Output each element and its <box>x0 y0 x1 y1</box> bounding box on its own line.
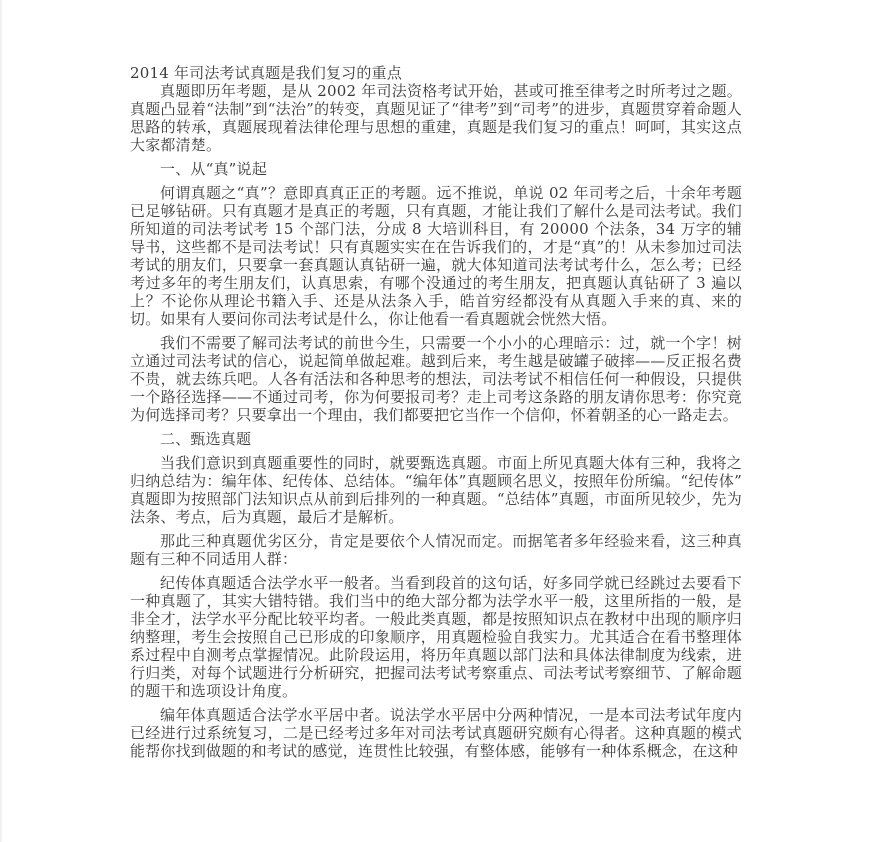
paragraph: 那此三种真题优劣区分，肯定是要依个人情况而定。而据笔者多年经验来看，这三种真题有… <box>130 532 742 568</box>
section-heading-1: 一、从“真”说起 <box>130 160 742 178</box>
scan-edge-shadow <box>0 0 3 842</box>
document-page: 2014 年司法考试真题是我们复习的重点 真题即历年考题，是从 2002 年司法… <box>0 0 870 842</box>
paragraph: 纪传体真题适合法学水平一般者。当看到段首的这句话，好多同学就已经跳过去要看下一种… <box>130 574 742 700</box>
paragraph: 何谓真题之“真”？意即真真正正的考题。远不推说，单说 02 年司考之后，十余年考… <box>130 184 742 328</box>
document-body: 2014 年司法考试真题是我们复习的重点 真题即历年考题，是从 2002 年司法… <box>130 64 742 760</box>
paragraph: 我们不需要了解司法考试的前世今生，只需要一个小小的心理暗示：过，就一个字！树立通… <box>130 334 742 424</box>
document-title: 2014 年司法考试真题是我们复习的重点 <box>130 64 742 82</box>
paragraph: 当我们意识到真题重要性的同时，就要甄选真题。市面上所见真题大体有三种，我将之归纳… <box>130 454 742 526</box>
paragraph: 编年体真题适合法学水平居中者。说法学水平居中分两种情况，一是本司法考试年度内已经… <box>130 706 742 760</box>
section-heading-2: 二、甄选真题 <box>130 430 742 448</box>
paragraph: 真题即历年考题，是从 2002 年司法资格考试开始，甚或可推至律考之时所考过之题… <box>130 82 742 154</box>
